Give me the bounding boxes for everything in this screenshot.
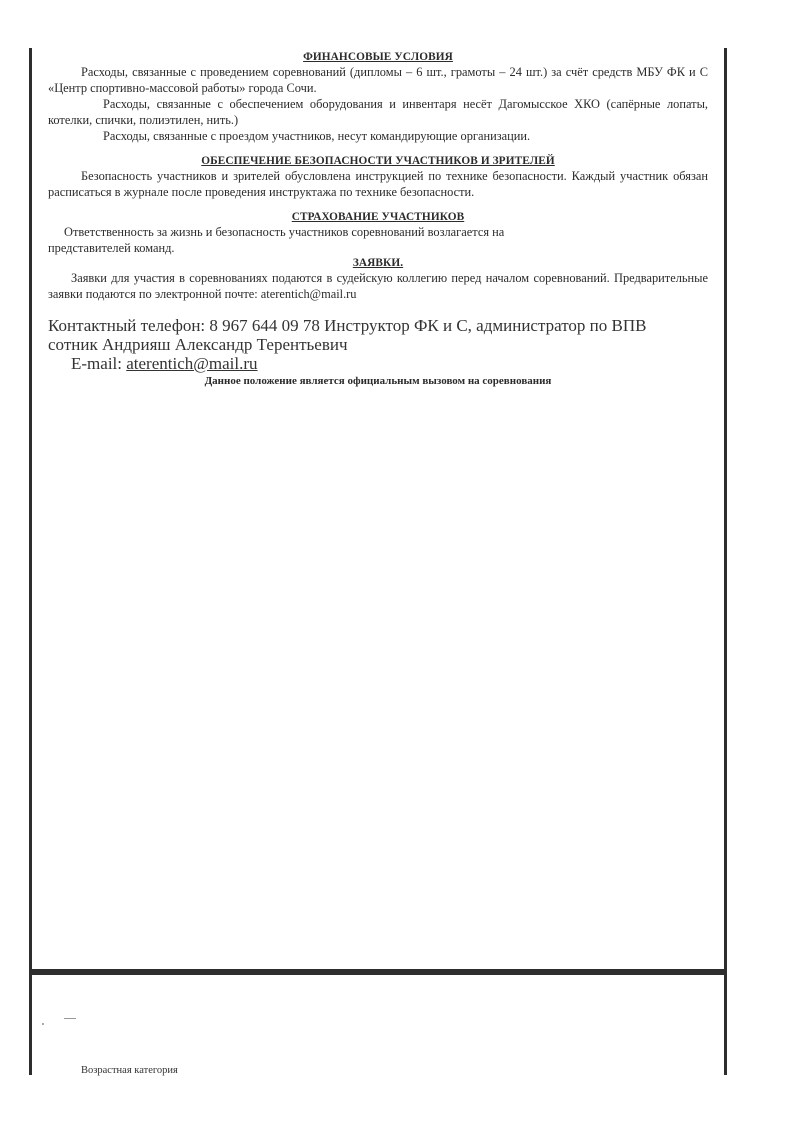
document-page-1: ФИНАНСОВЫЕ УСЛОВИЯ Расходы, связанные с … [29,48,727,969]
scan-artifact-mark [64,1018,76,1019]
scan-artifact-dot [42,1023,44,1025]
insurance-paragraph: Ответственность за жизнь и безопасность … [48,224,708,256]
official-note: Данное положение является официальным вы… [48,374,708,388]
finance-paragraph-2: Расходы, связанные с обеспечением оборуд… [48,96,708,128]
applications-heading: ЗАЯВКИ. [48,256,708,270]
page-content: ФИНАНСОВЫЕ УСЛОВИЯ Расходы, связанные с … [48,50,708,388]
safety-heading: ОБЕСПЕЧЕНИЕ БЕЗОПАСНОСТИ УЧАСТНИКОВ И ЗР… [48,154,708,168]
contact-phone-line: Контактный телефон: 8 967 644 09 78 Инст… [48,316,708,335]
contact-name-line: сотник Андрияш Александр Терентьевич [48,335,708,354]
insurance-heading: СТРАХОВАНИЕ УЧАСТНИКОВ [48,210,708,224]
email-label: E-mail: [71,354,126,373]
document-page-2: Возрастная категория [29,975,727,1075]
safety-paragraph: Безопасность участников и зрителей обусл… [48,168,708,200]
finance-heading: ФИНАНСОВЫЕ УСЛОВИЯ [48,50,708,64]
age-category-label: Возрастная категория [81,1065,178,1076]
applications-paragraph: Заявки для участия в соревнованиях подаю… [48,270,708,302]
finance-paragraph-1: Расходы, связанные с проведением соревно… [48,64,708,96]
email-link[interactable]: aterentich@mail.ru [126,354,257,373]
finance-paragraph-3: Расходы, связанные с проездом участников… [48,128,708,144]
contact-email-line: E-mail: aterentich@mail.ru [48,354,708,373]
